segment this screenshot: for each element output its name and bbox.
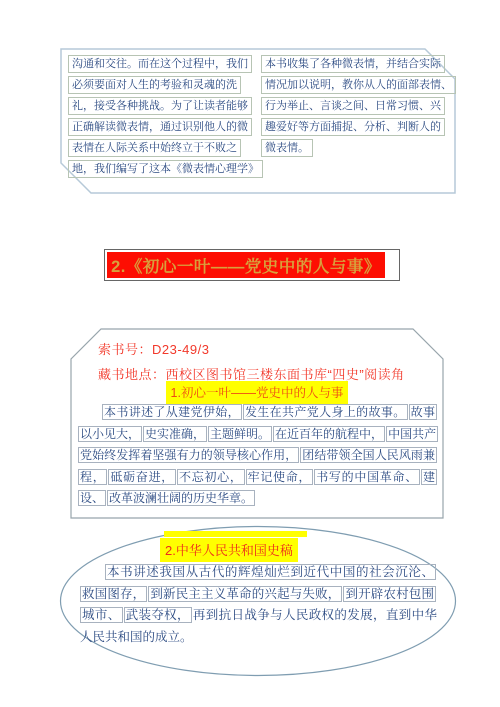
document-page: 沟通和交往。而在这个过程中，我们必须要面对人生的考验和灵魂的洗礼，接受各种挑战。… <box>0 0 500 707</box>
phrase: 改革波澜壮阔的历史华章。 <box>107 490 255 506</box>
text-line: 行为举止、言谈之间、日常习惯、兴 <box>261 97 445 115</box>
section2-description: 本书讲述我国从古代的辉煌灿烂到近代中国的社会沉沦、救国图存，到新民主主义革命的兴… <box>80 562 437 648</box>
phrase: 本书讲述我国从古代的辉煌灿烂到近代中国的社会沉沦、 <box>105 564 436 580</box>
highlight-wrap-strip <box>164 531 307 537</box>
phrase: 武装夺权， <box>124 607 192 623</box>
text-line: 礼，接受各种挑战。为了让读者能够 <box>68 97 252 115</box>
phrase: 发生在共产党人身上的故事。 <box>243 404 408 420</box>
text-line: 正确解读微表情，通过识别他人的微 <box>68 118 252 136</box>
text-line: 表情在人际关系中始终立于不败之 <box>68 139 241 157</box>
phrase: 砥砺奋进， <box>108 469 176 485</box>
section1-label: 1.初心一叶——党史中的人与事 <box>166 381 349 404</box>
phrase: 到新民主主义革命的兴起与失败， <box>148 586 342 602</box>
section2-label: 2.中华人民共和国史稿 <box>160 538 298 562</box>
phrase: 书写的中国革命、 <box>314 469 420 485</box>
banner-highlight: 2.《初心一叶——党史中的人与事》 <box>107 252 385 278</box>
card-left-column: 沟通和交往。而在这个过程中，我们必须要面对人生的考验和灵魂的洗礼，接受各种挑战。… <box>68 55 263 181</box>
phrase: 牢记使命， <box>246 469 314 485</box>
phrase: 不忘初心， <box>177 469 245 485</box>
section1-description: 本书讲述了从建党伊始，发生在共产党人身上的故事。故事以小见大，史实准确，主题鲜明… <box>78 402 438 510</box>
phrase: 在近百年的航程中， <box>273 426 385 442</box>
card-right-column: 本书收集了各种微表情，并结合实际情况加以说明，教你从人的面部表情、行为举止、言谈… <box>261 55 456 160</box>
text-line: 本书收集了各种微表情，并结合实际 <box>261 55 445 73</box>
text-line: 微表情。 <box>261 139 313 157</box>
text-line: 沟通和交往。而在这个过程中，我们 <box>68 55 252 73</box>
text-line: 情况加以说明，教你从人的面部表情、 <box>261 76 456 94</box>
phrase: 主题鲜明。 <box>208 426 272 442</box>
text-line: 必须要面对人生的考验和灵魂的洗 <box>68 76 241 94</box>
banner-title: 2.《初心一叶——党史中的人与事》 <box>111 253 381 277</box>
section-banner: 2.《初心一叶——党史中的人与事》 <box>104 249 400 281</box>
section2-label-row: 2.中华人民共和国史稿 <box>160 538 298 562</box>
phrase: 救国图存， <box>80 586 147 602</box>
section1-label-row: 1.初心一叶——党史中的人与事 <box>70 381 444 404</box>
phrase: 史实准确， <box>143 426 207 442</box>
text-line: 趣爱好等方面捕捉、分析、判断人的 <box>261 118 445 136</box>
call-number: 索书号：D23-49/3 <box>98 339 209 358</box>
phrase: 本书讲述了从建党伊始， <box>102 404 242 420</box>
text-line: 地，我们编写了这本《微表情心理学》 <box>68 160 263 178</box>
